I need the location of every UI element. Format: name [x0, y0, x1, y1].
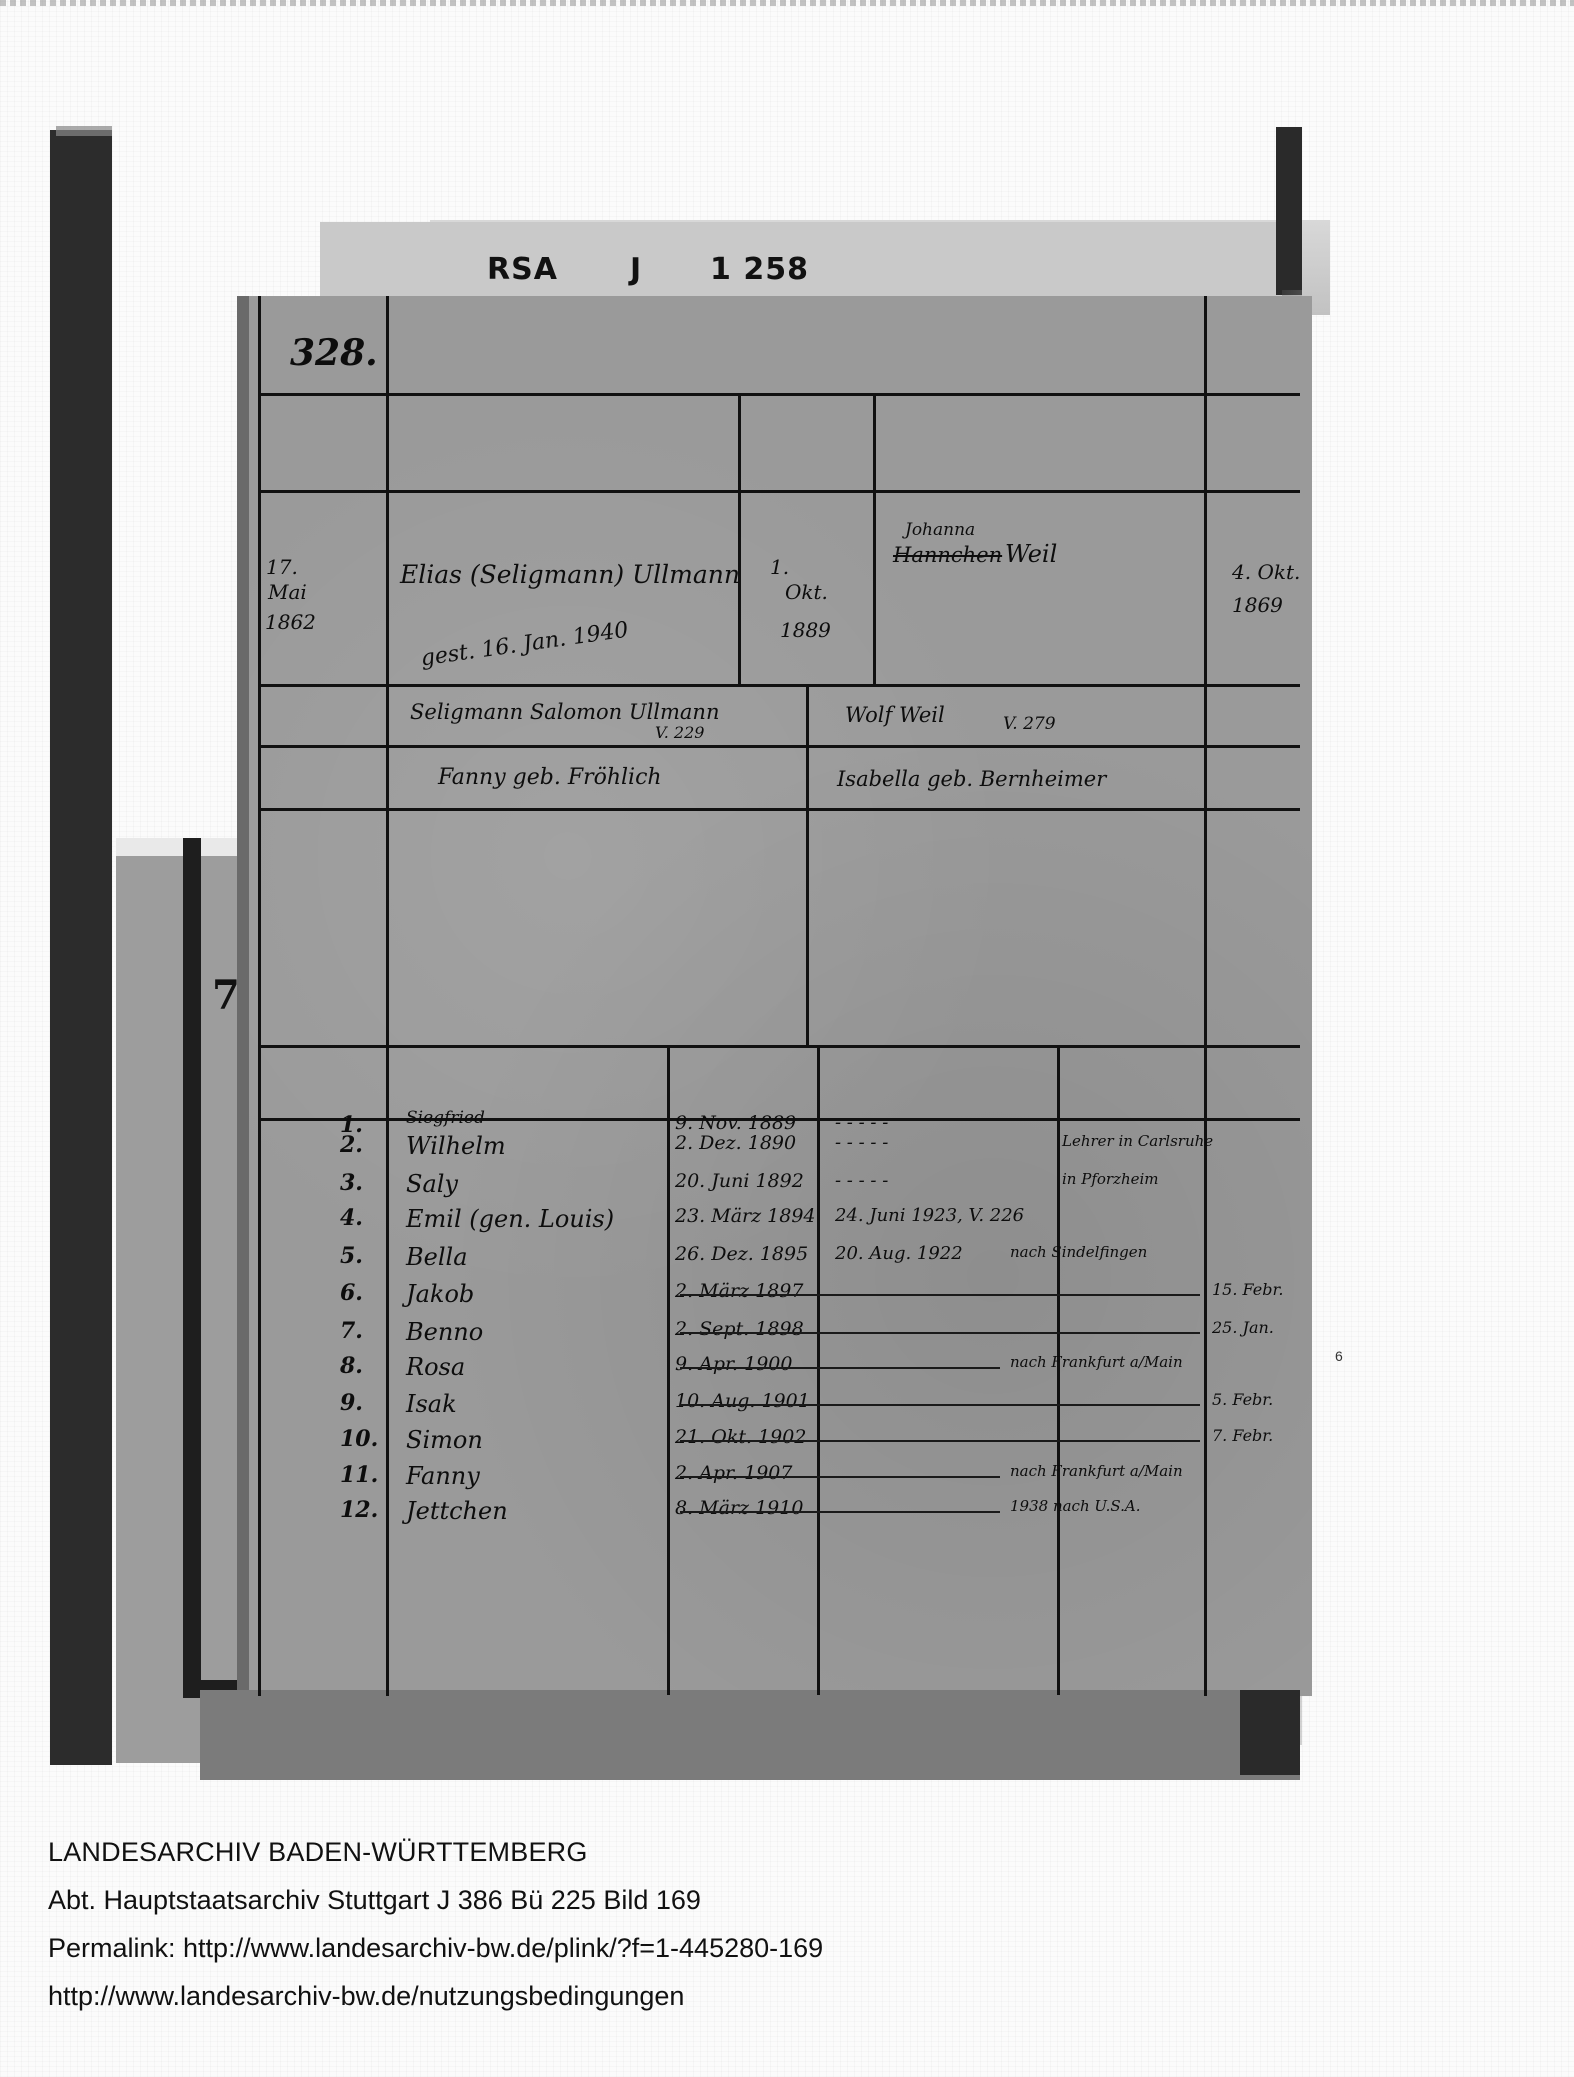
page-bottom-corner: [1240, 1690, 1300, 1775]
child-name: Jakob: [406, 1280, 474, 1308]
birth-month: Mai: [268, 580, 307, 604]
left-binding-strip: [50, 130, 112, 1765]
rule-col-left: [258, 296, 261, 1696]
child-birth-date: 21. Okt. 1902: [675, 1426, 806, 1448]
child-birth-date: 20. Juni 1892: [675, 1170, 804, 1192]
rule-row-4: [258, 808, 1300, 811]
rule-col-1: [386, 296, 389, 1696]
marriage-month: Okt.: [785, 580, 828, 604]
spouse-birth-day: 4. Okt.: [1232, 560, 1300, 584]
rule-col-marriage-right: [873, 393, 876, 685]
entry-dash-line: [680, 1294, 1200, 1296]
child-name: Bella: [406, 1243, 468, 1271]
child-name: Benno: [406, 1318, 483, 1346]
wife-mother: Isabella geb. Bernheimer: [837, 767, 1106, 791]
husband-father: Seligmann Salomon Ullmann: [410, 700, 719, 724]
child-marriage: 20. Aug. 1922: [835, 1243, 963, 1264]
page-number: 328.: [290, 332, 378, 374]
husband-father-ref: V. 229: [655, 723, 704, 742]
scan-edge: [0, 0, 1574, 6]
husband-name: Elias (Seligmann) Ullmann: [400, 560, 740, 589]
child-birth-date: 8. März 1910: [675, 1497, 803, 1519]
spouse-first-name-struck: Hannchen: [893, 543, 1002, 567]
right-binding-strip: [1276, 127, 1302, 295]
child-residence: in Pforzheim: [1062, 1170, 1159, 1188]
entry-dash-line: [680, 1476, 1000, 1478]
child-number: 11.: [340, 1462, 378, 1488]
child-marriage: - - - - -: [835, 1132, 888, 1153]
rule-row-1: [258, 490, 1300, 493]
child-birth-date: 23. März 1894: [675, 1205, 816, 1227]
rule-col-marriage: [817, 1045, 820, 1695]
child-name: Wilhelm: [406, 1132, 506, 1160]
child-residence: nach Frankfurt a/Main: [1010, 1462, 1183, 1480]
rule-col-parents: [806, 684, 809, 1046]
signature-series: J: [630, 252, 642, 287]
child-marriage: - - - - -: [835, 1170, 888, 1191]
marriage-year: 1889: [780, 618, 831, 642]
child-number: 4.: [340, 1205, 363, 1231]
spouse-birth-year: 1869: [1232, 593, 1283, 617]
rule-row-2: [258, 684, 1300, 687]
child-birth-date: 26. Dez. 1895: [675, 1243, 808, 1265]
rule-row-5: [258, 1045, 1300, 1048]
birth-year: 1862: [265, 610, 316, 634]
spouse-first-name: Johanna: [905, 520, 975, 540]
child-number: 3.: [340, 1170, 363, 1196]
signature-number: 1 258: [710, 252, 809, 287]
rule-row-3: [258, 745, 1300, 748]
page-bottom-edge: [200, 1690, 1300, 1780]
entry-dash-line: [680, 1332, 1200, 1334]
child-number: 7.: [340, 1318, 363, 1344]
child-birth-date: 9. Apr. 1900: [675, 1353, 792, 1375]
child-name: Fanny: [406, 1462, 480, 1490]
wife-father-ref: V. 279: [1003, 714, 1056, 734]
child-number: 12.: [340, 1497, 378, 1523]
child-name: Saly: [406, 1170, 458, 1198]
child-number: 2.: [340, 1132, 363, 1158]
rule-header: [258, 393, 1300, 396]
child-birth-date: 2. Dez. 1890: [675, 1132, 796, 1154]
child-name: Siegfried: [406, 1108, 485, 1128]
child-name: Emil (gen. Louis): [406, 1205, 614, 1233]
inner-binding-frame: [183, 838, 201, 1698]
marriage-day: 1.: [770, 555, 789, 579]
child-death-date: 7. Febr.: [1212, 1426, 1273, 1445]
child-number: 5.: [340, 1243, 363, 1269]
child-birth-date: 2. Apr. 1907: [675, 1462, 792, 1484]
child-name: Isak: [406, 1390, 457, 1418]
entry-dash-line: [680, 1404, 1200, 1406]
strip-mark: 7: [212, 972, 240, 1019]
child-number: 6.: [340, 1280, 363, 1306]
spouse-surname: Weil: [1005, 540, 1057, 568]
entry-dash-line: [680, 1440, 1200, 1442]
rule-col-marriage-left: [738, 393, 741, 685]
husband-mother: Fanny geb. Fröhlich: [438, 765, 662, 790]
child-marriage: - - - - -: [835, 1112, 888, 1133]
left-binding-cap: [56, 126, 112, 136]
child-residence: nach Sindelfingen: [1010, 1243, 1147, 1261]
entry-dash-line: [680, 1367, 1000, 1369]
child-number: 9.: [340, 1390, 363, 1416]
register-page: [237, 296, 1312, 1696]
terms-link[interactable]: http://www.landesarchiv-bw.de/nutzungsbe…: [48, 1972, 823, 2020]
child-number: 8.: [340, 1353, 363, 1379]
child-residence: 1938 nach U.S.A.: [1010, 1497, 1141, 1515]
child-residence: nach Frankfurt a/Main: [1010, 1353, 1183, 1371]
child-birth-date: 2. Sept. 1898: [675, 1318, 804, 1340]
institution-name: LANDESARCHIV BADEN-WÜRTTEMBERG: [48, 1828, 823, 1876]
child-name: Jettchen: [406, 1497, 508, 1525]
child-number: 10.: [340, 1426, 378, 1452]
child-residence: Lehrer in Carlsruhe: [1062, 1132, 1213, 1150]
permalink[interactable]: Permalink: http://www.landesarchiv-bw.de…: [48, 1924, 823, 1972]
child-name: Rosa: [406, 1353, 465, 1381]
archive-citation: LANDESARCHIV BADEN-WÜRTTEMBERG Abt. Haup…: [48, 1828, 823, 2020]
child-marriage: 24. Juni 1923, V. 226: [835, 1205, 1024, 1226]
rule-col-birth: [667, 1045, 670, 1695]
child-birth-date: 2. März 1897: [675, 1280, 803, 1302]
signature-archive: RSA: [487, 252, 558, 287]
birth-day: 17.: [266, 555, 298, 579]
margin-note: 6: [1335, 1348, 1343, 1364]
rule-col-right: [1204, 296, 1207, 1696]
child-name: Simon: [406, 1426, 483, 1454]
entry-dash-line: [680, 1511, 1000, 1513]
child-death-date: 15. Febr.: [1212, 1280, 1283, 1299]
wife-father: Wolf Weil: [845, 703, 945, 727]
archive-reference: Abt. Hauptstaatsarchiv Stuttgart J 386 B…: [48, 1876, 823, 1924]
child-birth-date: 9. Nov. 1889: [675, 1112, 796, 1134]
child-birth-date: 10. Aug. 1901: [675, 1390, 810, 1412]
child-death-date: 25. Jan.: [1212, 1318, 1274, 1337]
child-death-date: 5. Febr.: [1212, 1390, 1273, 1409]
